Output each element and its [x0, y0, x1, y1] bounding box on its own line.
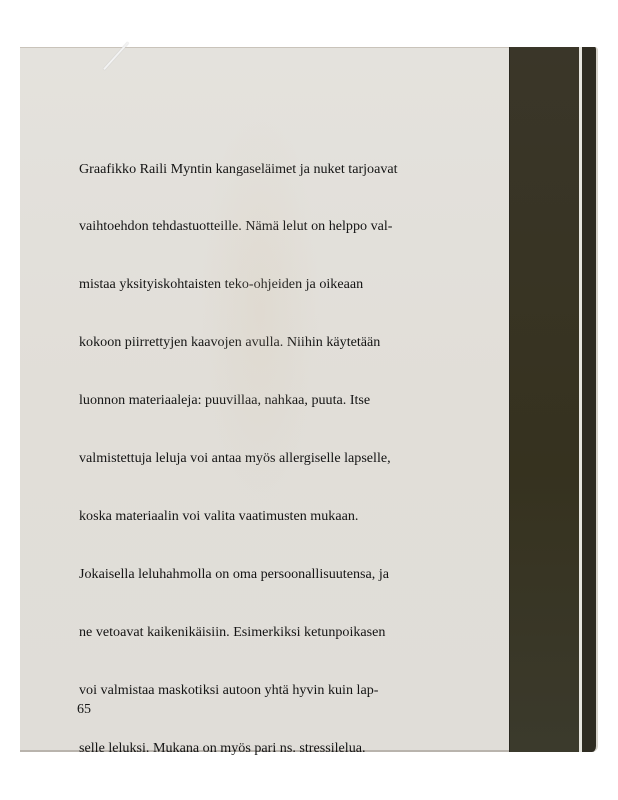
blurb-line: Jokaisella leluhahmolla on oma persoonal…: [79, 565, 409, 584]
cover-page: Graafikko Raili Myntin kangaseläimet ja …: [20, 47, 509, 752]
blurb-text: Graafikko Raili Myntin kangaseläimet ja …: [79, 121, 409, 796]
scratch-mark: [103, 42, 129, 70]
blurb-line: luonnon materiaaleja: puuvillaa, nahkaa,…: [79, 391, 409, 410]
blurb-line: mistaa yksityiskohtaisten teko-ohjeiden …: [79, 275, 409, 294]
blurb-line: voi valmistaa maskotiksi autoon yhtä hyv…: [79, 681, 409, 700]
spine-back: [582, 47, 598, 752]
blurb-line: selle leluksi. Mukana on myös pari ns. s…: [79, 739, 409, 758]
blurb-line: ne vetoavat kaikenikäisiin. Esimerkiksi …: [79, 623, 409, 642]
blurb-line: Graafikko Raili Myntin kangaseläimet ja …: [79, 160, 409, 179]
blurb-line: vaihtoehdon tehdastuotteille. Nämä lelut…: [79, 217, 409, 236]
page-number: 65: [77, 702, 91, 718]
book-back-cover: Graafikko Raili Myntin kangaseläimet ja …: [20, 47, 605, 752]
blurb-line: valmistettuja leluja voi antaa myös alle…: [79, 449, 409, 468]
blurb-line: kokoon piirrettyjen kaavojen avulla. Nii…: [79, 333, 409, 352]
book-spine: [509, 47, 580, 752]
photo-scene: Graafikko Raili Myntin kangaseläimet ja …: [0, 0, 618, 800]
blurb-line: koska materiaalin voi valita vaatimusten…: [79, 507, 409, 526]
